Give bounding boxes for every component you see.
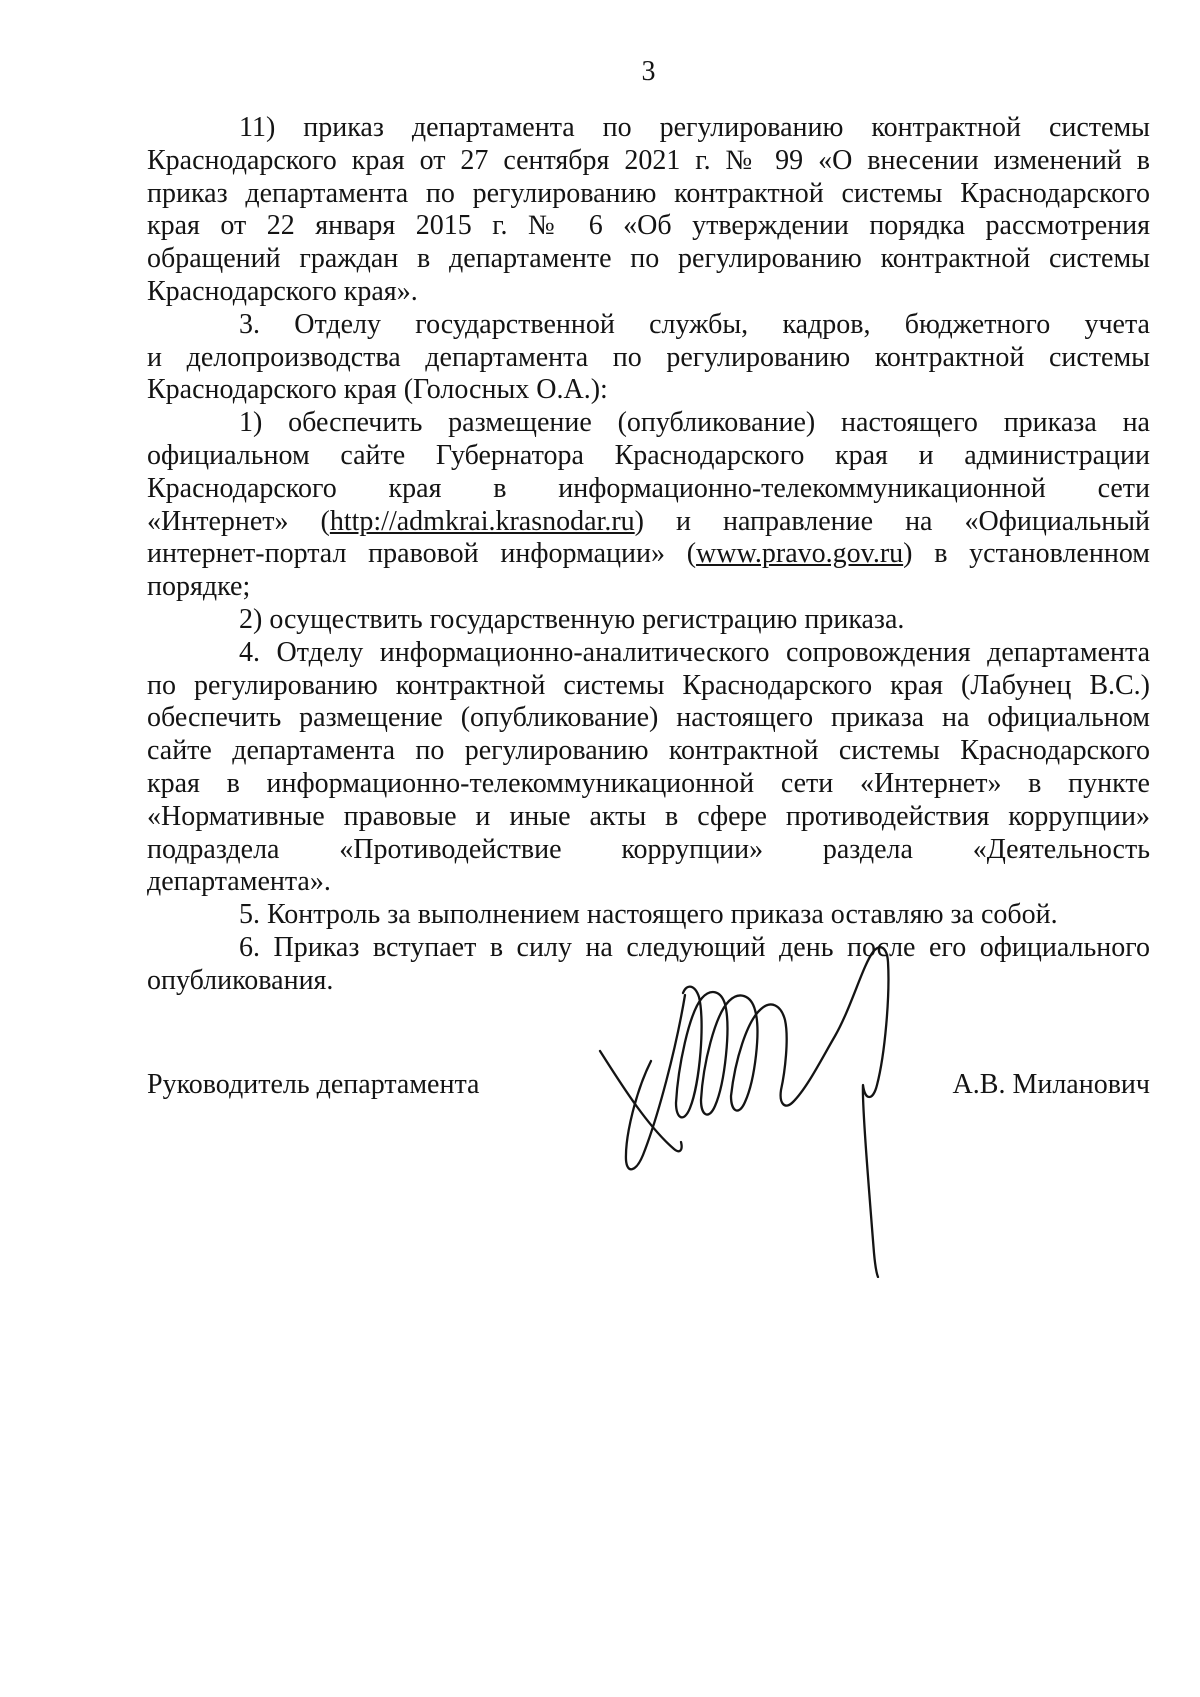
text-line: Краснодарского края в информационно-теле… — [147, 473, 1150, 506]
text-segment: края в информационно-телекоммуникационно… — [147, 768, 1150, 799]
text-line: 3. Отделу государственной службы, кадров… — [147, 309, 1150, 342]
text-segment: департамента». — [147, 866, 331, 897]
text-segment: «Интернет» ( — [147, 506, 330, 537]
text-segment: 3. Отделу государственной службы, кадров… — [239, 309, 1150, 340]
signer-name: А.В. Миланович — [953, 1068, 1150, 1102]
text-line: 11) приказ департамента по регулированию… — [147, 112, 1150, 145]
text-line: обеспечить размещение (опубликование) на… — [147, 702, 1150, 735]
text-segment: официальном сайте Губернатора Краснодарс… — [147, 440, 1150, 471]
document-page: 3 11) приказ департамента по регулирован… — [0, 0, 1200, 1697]
text-line: приказ департамента по регулированию кон… — [147, 178, 1150, 211]
text-segment: сайте департамента по регулированию конт… — [147, 735, 1150, 766]
signature-block: Руководитель департамента А.В. Миланович — [147, 1068, 1150, 1102]
text-line: 4. Отделу информационно-аналитического с… — [147, 637, 1150, 670]
text-segment: по регулированию контрактной системы Кра… — [147, 670, 1150, 701]
text-line: Краснодарского края от 27 сентября 2021 … — [147, 145, 1150, 178]
text-segment: обращений граждан в департаменте по регу… — [147, 243, 1150, 274]
text-line: 5. Контроль за выполнением настоящего пр… — [147, 899, 1150, 932]
text-segment: 4. Отделу информационно-аналитического с… — [239, 637, 1150, 668]
text-line: опубликования. — [147, 965, 1150, 998]
text-segment: подраздела «Противодействие коррупции» р… — [147, 834, 1150, 865]
text-segment: приказ департамента по регулированию кон… — [147, 178, 1150, 209]
text-segment: интернет-портал правовой информации» ( — [147, 538, 696, 569]
text-segment: Краснодарского края (Голосных О.А.): — [147, 374, 608, 405]
text-segment: ) в установленном — [903, 538, 1150, 569]
text-line: 6. Приказ вступает в силу на следующий д… — [147, 932, 1150, 965]
text-segment: 11) приказ департамента по регулированию… — [239, 112, 1150, 143]
text-segment: и делопроизводства департамента по регул… — [147, 342, 1150, 373]
text-line: «Интернет» (http://admkrai.krasnodar.ru)… — [147, 506, 1150, 539]
text-segment: «Нормативные правовые и иные акты в сфер… — [147, 801, 1150, 832]
text-line: официальном сайте Губернатора Краснодарс… — [147, 440, 1150, 473]
text-line: обращений граждан в департаменте по регу… — [147, 243, 1150, 276]
text-line: по регулированию контрактной системы Кра… — [147, 670, 1150, 703]
text-segment: Краснодарского края». — [147, 276, 418, 307]
text-segment: ) и направление на «Официальный — [635, 506, 1150, 537]
hyperlink[interactable]: www.pravo.gov.ru — [696, 538, 903, 569]
text-line: «Нормативные правовые и иные акты в сфер… — [147, 801, 1150, 834]
text-line: 1) обеспечить размещение (опубликование)… — [147, 407, 1150, 440]
text-line: 2) осуществить государственную регистрац… — [147, 604, 1150, 637]
text-line: департамента». — [147, 866, 1150, 899]
page-number: 3 — [147, 56, 1150, 88]
text-line: края в информационно-телекоммуникационно… — [147, 768, 1150, 801]
text-line: подраздела «Противодействие коррупции» р… — [147, 834, 1150, 867]
text-line: Краснодарского края (Голосных О.А.): — [147, 374, 1150, 407]
text-segment: 6. Приказ вступает в силу на следующий д… — [239, 932, 1150, 963]
signature-position-label: Руководитель департамента — [147, 1068, 479, 1102]
text-line: и делопроизводства департамента по регул… — [147, 342, 1150, 375]
text-segment: Краснодарского края от 27 сентября 2021 … — [147, 145, 1150, 176]
text-line: интернет-портал правовой информации» (ww… — [147, 538, 1150, 571]
text-segment: 5. Контроль за выполнением настоящего пр… — [239, 899, 1058, 930]
text-segment: обеспечить размещение (опубликование) на… — [147, 702, 1150, 733]
text-segment: Краснодарского края в информационно-теле… — [147, 473, 1150, 504]
text-line: сайте департамента по регулированию конт… — [147, 735, 1150, 768]
text-line: порядке; — [147, 571, 1150, 604]
text-segment: порядке; — [147, 571, 250, 602]
text-segment: края от 22 января 2015 г. № 6 «Об утверж… — [147, 210, 1150, 241]
document-body: 11) приказ департамента по регулированию… — [147, 112, 1150, 998]
text-segment: опубликования. — [147, 965, 333, 996]
text-segment: 2) осуществить государственную регистрац… — [239, 604, 904, 635]
text-line: Краснодарского края». — [147, 276, 1150, 309]
text-segment: 1) обеспечить размещение (опубликование)… — [239, 407, 1150, 438]
text-line: края от 22 января 2015 г. № 6 «Об утверж… — [147, 210, 1150, 243]
hyperlink[interactable]: http://admkrai.krasnodar.ru — [330, 506, 635, 537]
